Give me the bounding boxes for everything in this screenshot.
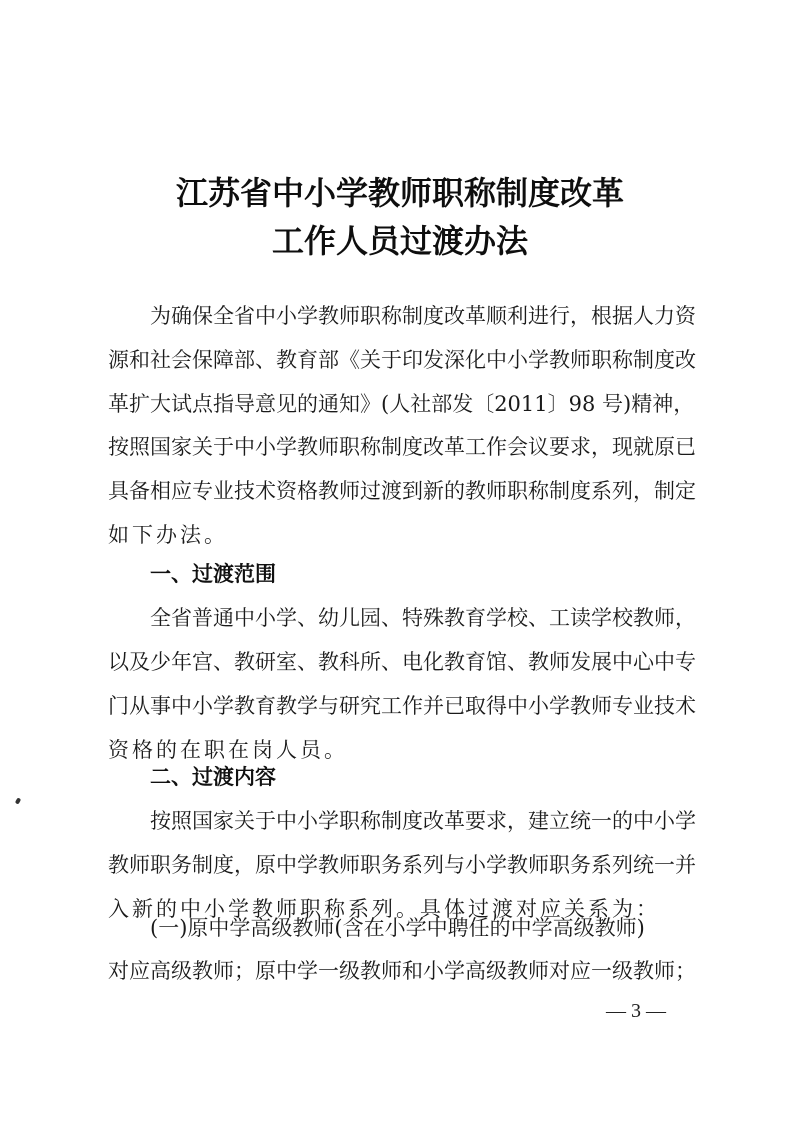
section2-line: 教师职务制度，原中学教师职务系列与小学教师职务系列统一并 xyxy=(108,852,708,878)
document-title-line-2: 工作人员过渡办法 xyxy=(0,216,800,262)
scan-speck xyxy=(15,797,21,804)
page-number: — 3 — xyxy=(606,1000,666,1023)
intro-line: 具备相应专业技术资格教师过渡到新的教师职称制度系列，制定 xyxy=(108,478,708,504)
document-title-line-1: 江苏省中小学教师职称制度改革 xyxy=(0,168,800,214)
intro-line: 源和社会保障部、教育部《关于印发深化中小学教师职称制度改 xyxy=(108,347,708,373)
section2-line: 对应高级教师；原中学一级教师和小学高级教师对应一级教师； xyxy=(108,958,708,984)
section2-line: (一)原中学高级教师(含在小学中聘任的中学高级教师) xyxy=(150,915,708,941)
section1-line: 门从事中小学教育教学与研究工作并已取得中小学教师专业技术 xyxy=(108,693,708,719)
intro-line: 按照国家关于中小学教师职称制度改革工作会议要求，现就原已 xyxy=(108,434,708,460)
intro-line: 为确保全省中小学教师职称制度改革顺利进行，根据人力资 xyxy=(150,303,708,329)
section1-line: 以及少年宫、教研室、教科所、电化教育馆、教师发展中心中专 xyxy=(108,649,708,675)
section1-line: 资格的在职在岗人员。 xyxy=(108,737,708,763)
section-heading-scope: 一、过渡范围 xyxy=(150,561,276,587)
document-page: 江苏省中小学教师职称制度改革 工作人员过渡办法 为确保全省中小学教师职称制度改革… xyxy=(0,0,800,1131)
intro-line: 革扩大试点指导意见的通知》(人社部发〔2011〕98 号)精神， xyxy=(108,391,708,417)
section-heading-content: 二、过渡内容 xyxy=(150,764,276,790)
section1-line: 全省普通中小学、幼儿园、特殊教育学校、工读学校教师， xyxy=(150,605,708,631)
section2-line: 按照国家关于中小学职称制度改革要求，建立统一的中小学 xyxy=(150,808,708,834)
intro-line: 如下办法。 xyxy=(108,522,708,548)
